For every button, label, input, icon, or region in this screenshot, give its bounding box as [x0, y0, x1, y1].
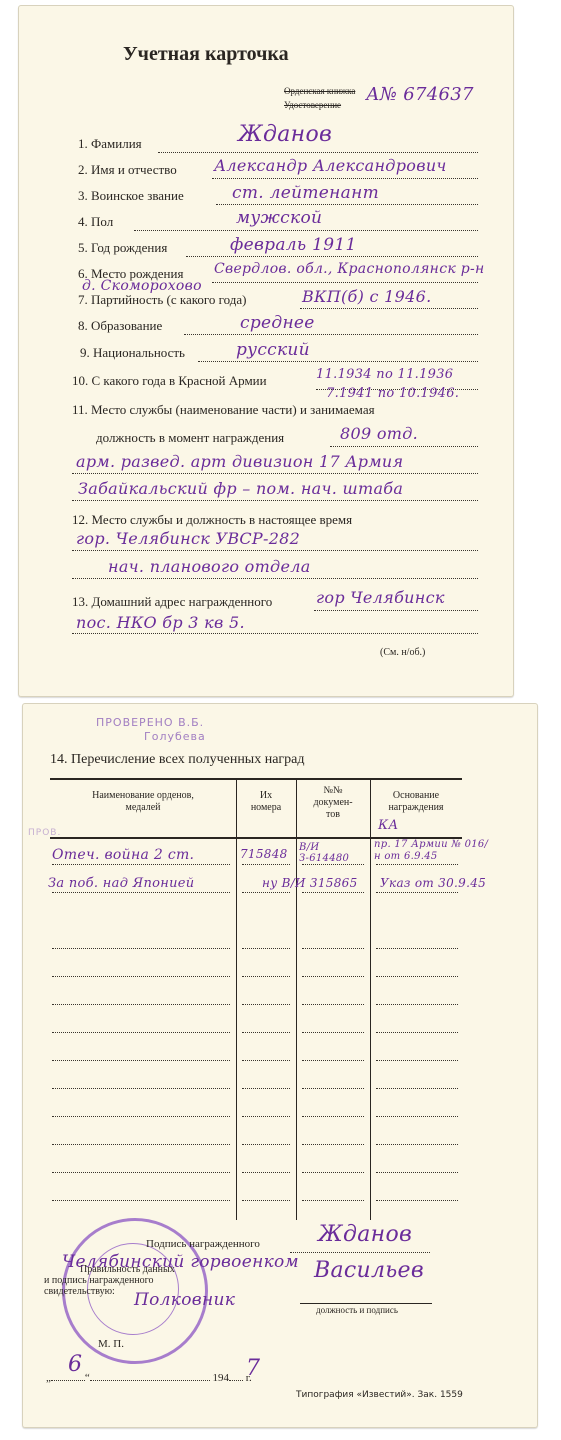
- verified-stamp-line2: Голубева: [144, 730, 206, 743]
- awards-section-title: 14. Перечисление всех полученных наград: [50, 752, 305, 768]
- field-4-underline: [134, 230, 478, 231]
- field-5-underline: [186, 256, 478, 257]
- recipient-signature: Жданов: [318, 1222, 412, 1247]
- doc-type-order-book: Орденская книжка: [284, 86, 355, 96]
- doc-type-certificate: Удостоверение: [284, 100, 341, 110]
- see-reverse-note: (См. н/об.): [380, 647, 425, 658]
- field-10-label: 10. С какого года в Красной Армии: [72, 373, 267, 389]
- row-2-basis: Указ от 30.9.45: [380, 876, 486, 890]
- doc-number: А№ 674637: [366, 84, 474, 105]
- seal-place-label: М. П.: [98, 1338, 124, 1350]
- field-3-rank: ст. лейтенант: [232, 183, 379, 203]
- table-top-rule: [50, 778, 462, 780]
- field-7-label: 7. Партийность (с какого года): [78, 292, 247, 308]
- header-award-name: Наименование орденов,медалей: [50, 790, 236, 814]
- row-1-document: В/И З-614480: [299, 842, 369, 864]
- row-1-basis: пр. 17 Армии № 016/н от 6.9.45: [374, 839, 494, 863]
- field-1-surname: Жданов: [238, 122, 332, 147]
- recipient-signature-label: Подпись награжденного: [146, 1238, 260, 1250]
- date-year-digit: 7: [246, 1356, 260, 1381]
- printer-imprint: Типография «Известий». Зак. 1559: [296, 1390, 463, 1400]
- field-8-label: 8. Образование: [78, 318, 162, 334]
- field-11-unit: 809 отд.: [340, 424, 418, 443]
- certify-label-line2: и подпись награжденного: [44, 1275, 154, 1286]
- recipient-signature-line: [290, 1252, 430, 1253]
- field-12-current-position: нач. планового отдела: [108, 557, 311, 576]
- field-11-unit-line2: арм. развед. арт дивизион 17 Армия: [76, 452, 403, 471]
- row-2-award: За поб. над Японией: [48, 876, 194, 891]
- field-4-sex: мужской: [236, 208, 322, 228]
- field-13-underline-1: [314, 610, 478, 611]
- field-12-label: 12. Место службы и должность в настоящее…: [72, 512, 352, 528]
- position-signature-line: [300, 1303, 432, 1304]
- header-document-number: №№докумен-тов: [296, 785, 370, 821]
- field-13-address: гор Челябинск: [316, 588, 445, 607]
- basis-note-ka: КА: [378, 818, 399, 833]
- field-7-party: ВКП(б) с 1946.: [302, 287, 431, 306]
- field-11-label-line2: должность в момент награждения: [96, 430, 284, 446]
- field-11-underline-2: [72, 473, 478, 474]
- field-1-underline: [158, 152, 478, 153]
- field-7-underline: [300, 308, 478, 309]
- certifier-title-line1: Челябинский горвоенком: [62, 1252, 299, 1272]
- field-13-label: 13. Домашний адрес награжденного: [72, 594, 272, 610]
- certifier-title-line2: Полковник: [134, 1290, 235, 1310]
- field-13-address-line2: пос. НКО бр 3 кв 5.: [76, 613, 245, 632]
- row-2-document: ну В/И 315865: [262, 876, 358, 890]
- field-11-label: 11. Место службы (наименование части) и …: [72, 402, 375, 418]
- field-10-service-period-1: 11.1934 по 11.1936: [316, 367, 453, 382]
- field-3-label: 3. Воинское звание: [78, 188, 184, 204]
- header-award-basis: Основаниенаграждения: [370, 790, 462, 814]
- field-8-education: среднее: [240, 313, 315, 333]
- row-1-number: 715848: [240, 847, 288, 861]
- table-col-divider-3: [370, 780, 371, 1220]
- field-6-underline: [212, 282, 478, 283]
- table-col-divider-1: [236, 780, 237, 1220]
- field-1-label: 1. Фамилия: [78, 136, 142, 152]
- field-9-nationality: русский: [236, 340, 310, 360]
- header-award-number: Ихномера: [236, 790, 296, 814]
- field-9-underline: [198, 361, 478, 362]
- certify-label-line3: свидетельствую:: [44, 1286, 115, 1297]
- field-5-birth-date: февраль 1911: [230, 235, 357, 255]
- field-11-underline-1: [330, 446, 478, 447]
- field-11-unit-line3: Забайкальский фр – пом. нач. штаба: [78, 479, 403, 498]
- table-col-divider-2: [296, 780, 297, 1220]
- verified-stamp-line1: ПРОВЕРЕНО В.Б.: [96, 716, 204, 729]
- field-10-service-period-2: 7.1941 по 10.1946.: [326, 386, 459, 401]
- field-5-label: 5. Год рождения: [78, 240, 167, 256]
- field-11-underline-3: [72, 500, 478, 501]
- field-8-underline: [184, 334, 478, 335]
- field-9-label: 9. Национальность: [80, 345, 185, 361]
- card-title: Учетная карточка: [123, 43, 289, 66]
- field-2-name: Александр Александрович: [214, 156, 447, 175]
- field-2-label: 2. Имя и отчество: [78, 162, 177, 178]
- field-4-label: 4. Пол: [78, 214, 113, 230]
- field-12-underline-1: [72, 550, 478, 551]
- field-3-underline: [216, 204, 478, 205]
- field-13-underline-2: [72, 633, 478, 634]
- field-6-birthplace: Свердлов. обл., Краснополянск р-н: [214, 261, 485, 277]
- field-12-underline-2: [72, 578, 478, 579]
- certifier-signature: Васильев: [314, 1258, 424, 1283]
- row-1-award: Отеч. война 2 ст.: [52, 847, 194, 863]
- field-12-current-place: гор. Челябинск УВСР-282: [76, 529, 300, 548]
- position-signature-label: должность и подпись: [316, 1305, 398, 1315]
- field-2-underline: [212, 178, 478, 179]
- date-day: 6: [68, 1352, 82, 1377]
